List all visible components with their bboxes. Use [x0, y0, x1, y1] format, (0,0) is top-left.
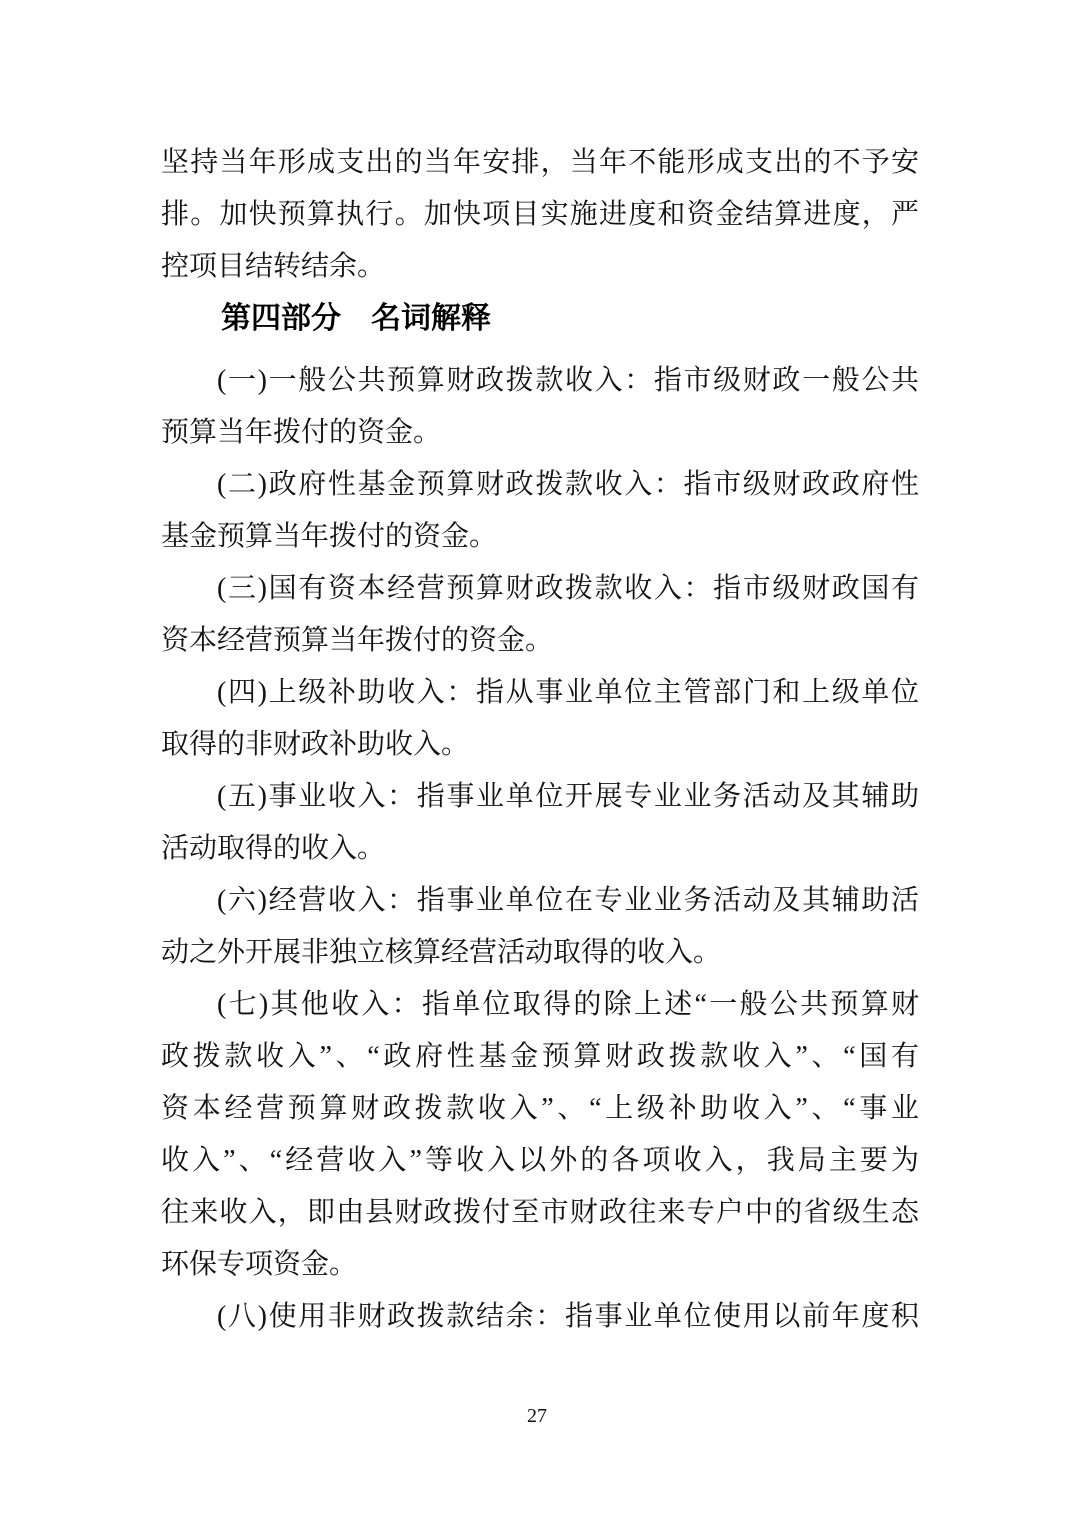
text-line: (四)上级补助收入：指从事业单位主管部门和上级单位 [161, 667, 919, 719]
text-line: 资本经营预算财政拨款收入”、“上级补助收入”、“事业 [161, 1083, 919, 1135]
page-number: 27 [0, 1403, 1074, 1429]
text-line: 控项目结转结余。 [161, 241, 919, 293]
text-line: (五)事业收入：指事业单位开展专业业务活动及其辅助 [161, 771, 919, 823]
text-line: 收入”、“经营收入”等收入以外的各项收入，我局主要为 [161, 1135, 919, 1187]
text-line: (三)国有资本经营预算财政拨款收入：指市级财政国有 [161, 563, 919, 615]
text-line: 环保专项资金。 [161, 1239, 919, 1291]
text-line: 基金预算当年拨付的资金。 [161, 511, 919, 563]
text-line: 坚持当年形成支出的当年安排，当年不能形成支出的不予安 [161, 137, 919, 189]
text-line: 资本经营预算当年拨付的资金。 [161, 615, 919, 667]
section-heading: 第四部分 名词解释 [161, 293, 919, 345]
text-line: (六)经营收入：指事业单位在专业业务活动及其辅助活 [161, 875, 919, 927]
document-page: 坚持当年形成支出的当年安排，当年不能形成支出的不予安排。加快预算执行。加快项目实… [0, 0, 1074, 1520]
text-line: 动之外开展非独立核算经营活动取得的收入。 [161, 927, 919, 979]
text-line: 政拨款收入”、“政府性基金预算财政拨款收入”、“国有 [161, 1031, 919, 1083]
text-line: (七)其他收入：指单位取得的除上述“一般公共预算财 [161, 979, 919, 1031]
text-line: 预算当年拨付的资金。 [161, 407, 919, 459]
text-line: (一)一般公共预算财政拨款收入：指市级财政一般公共 [161, 355, 919, 407]
text-line: 活动取得的收入。 [161, 823, 919, 875]
text-line: (二)政府性基金预算财政拨款收入：指市级财政政府性 [161, 459, 919, 511]
text-line: (八)使用非财政拨款结余：指事业单位使用以前年度积 [161, 1291, 919, 1343]
text-content: 坚持当年形成支出的当年安排，当年不能形成支出的不予安排。加快预算执行。加快项目实… [161, 137, 919, 1343]
text-line: 取得的非财政补助收入。 [161, 719, 919, 771]
text-line: 往来收入，即由县财政拨付至市财政往来专户中的省级生态 [161, 1187, 919, 1239]
text-line: 排。加快预算执行。加快项目实施进度和资金结算进度，严 [161, 189, 919, 241]
